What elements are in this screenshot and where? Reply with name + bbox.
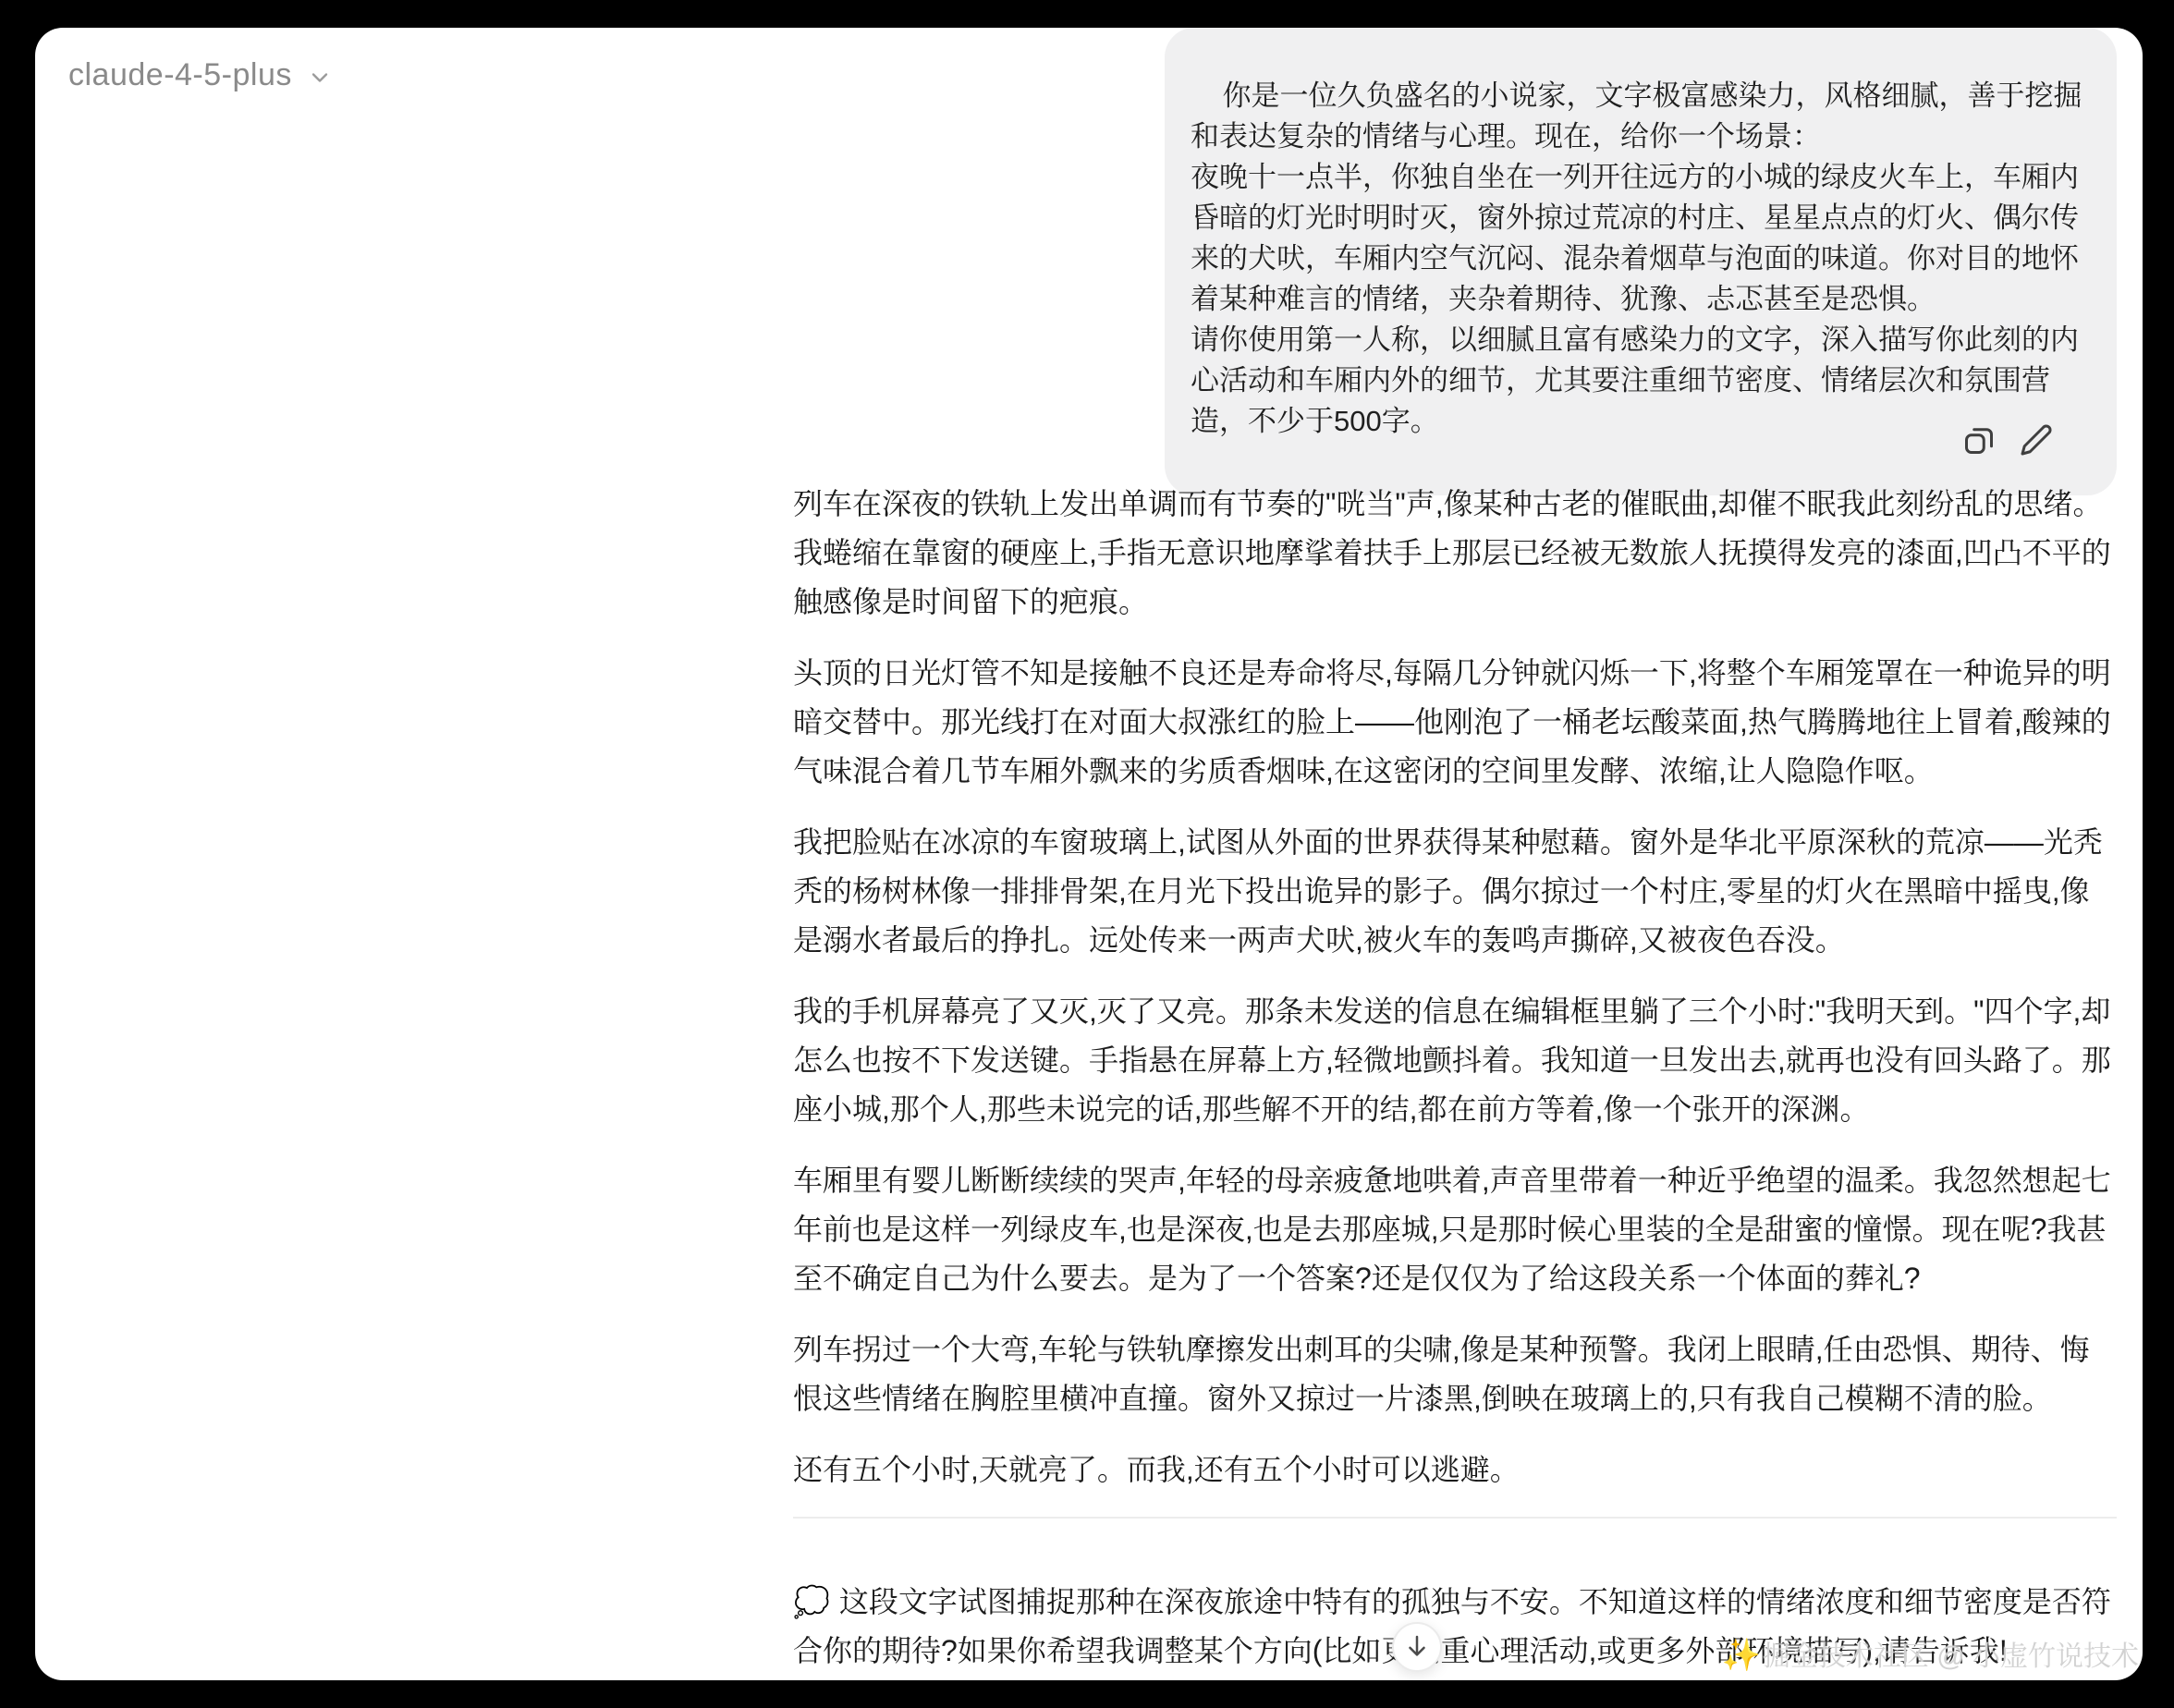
assistant-response: 列车在深夜的铁轨上发出单调而有节奏的"咣当"声,像某种古老的催眠曲,却催不眠我此… xyxy=(793,480,2117,1680)
chevron-down-icon xyxy=(307,61,333,91)
message-actions xyxy=(1962,423,2053,457)
copy-icon xyxy=(1962,423,1996,457)
screenshot-root: { "header": { "model_label": "claude-4-5… xyxy=(0,0,2174,1708)
watermark-text: 掘金技术社区 @ 小虚竹说技术 xyxy=(1763,1641,2139,1672)
scroll-to-bottom-button[interactable] xyxy=(1392,1622,1442,1672)
thought-balloon-emoji: 💭 xyxy=(793,1585,830,1618)
chat-window: claude-4-5-plus 你是一位久负盛名的小说家，文字极富感染力，风格细… xyxy=(35,28,2143,1680)
copy-button[interactable] xyxy=(1962,423,1996,457)
response-paragraph: 还有五个小时,天就亮了。而我,还有五个小时可以逃避。 xyxy=(793,1446,2117,1494)
arrow-down-icon xyxy=(1403,1632,1431,1663)
pencil-icon xyxy=(2020,423,2053,457)
section-divider xyxy=(793,1517,2117,1519)
response-paragraph: 我把脸贴在冰凉的车窗玻璃上,试图从外面的世界获得某种慰藉。窗外是华北平原深秋的荒… xyxy=(793,818,2117,965)
edit-button[interactable] xyxy=(2020,423,2053,457)
model-selector-label: claude-4-5-plus xyxy=(68,57,292,93)
response-paragraph: 我的手机屏幕亮了又灭,灭了又亮。那条未发送的信息在编辑框里躺了三个小时:"我明天… xyxy=(793,987,2117,1134)
response-paragraph: 头顶的日光灯管不知是接触不良还是寿命将尽,每隔几分钟就闪烁一下,将整个车厢笼罩在… xyxy=(793,649,2117,796)
response-paragraph: 车厢里有婴儿断断续续的哭声,年轻的母亲疲惫地哄着,声音里带着一种近乎绝望的温柔。… xyxy=(793,1156,2117,1303)
sparkles-emoji: ✨ xyxy=(1722,1638,1761,1673)
model-selector[interactable]: claude-4-5-plus xyxy=(68,57,333,93)
response-paragraph: 列车拐过一个大弯,车轮与铁轨摩擦发出刺耳的尖啸,像是某种预警。我闭上眼睛,任由恐… xyxy=(793,1325,2117,1423)
response-paragraph: 列车在深夜的铁轨上发出单调而有节奏的"咣当"声,像某种古老的催眠曲,却催不眠我此… xyxy=(793,480,2117,627)
user-message-text: 你是一位久负盛名的小说家，文字极富感染力，风格细腻，善于挖掘和表达复杂的情绪与心… xyxy=(1191,79,2082,437)
watermark: ✨掘金技术社区 @ 小虚竹说技术 xyxy=(1722,1633,2139,1674)
